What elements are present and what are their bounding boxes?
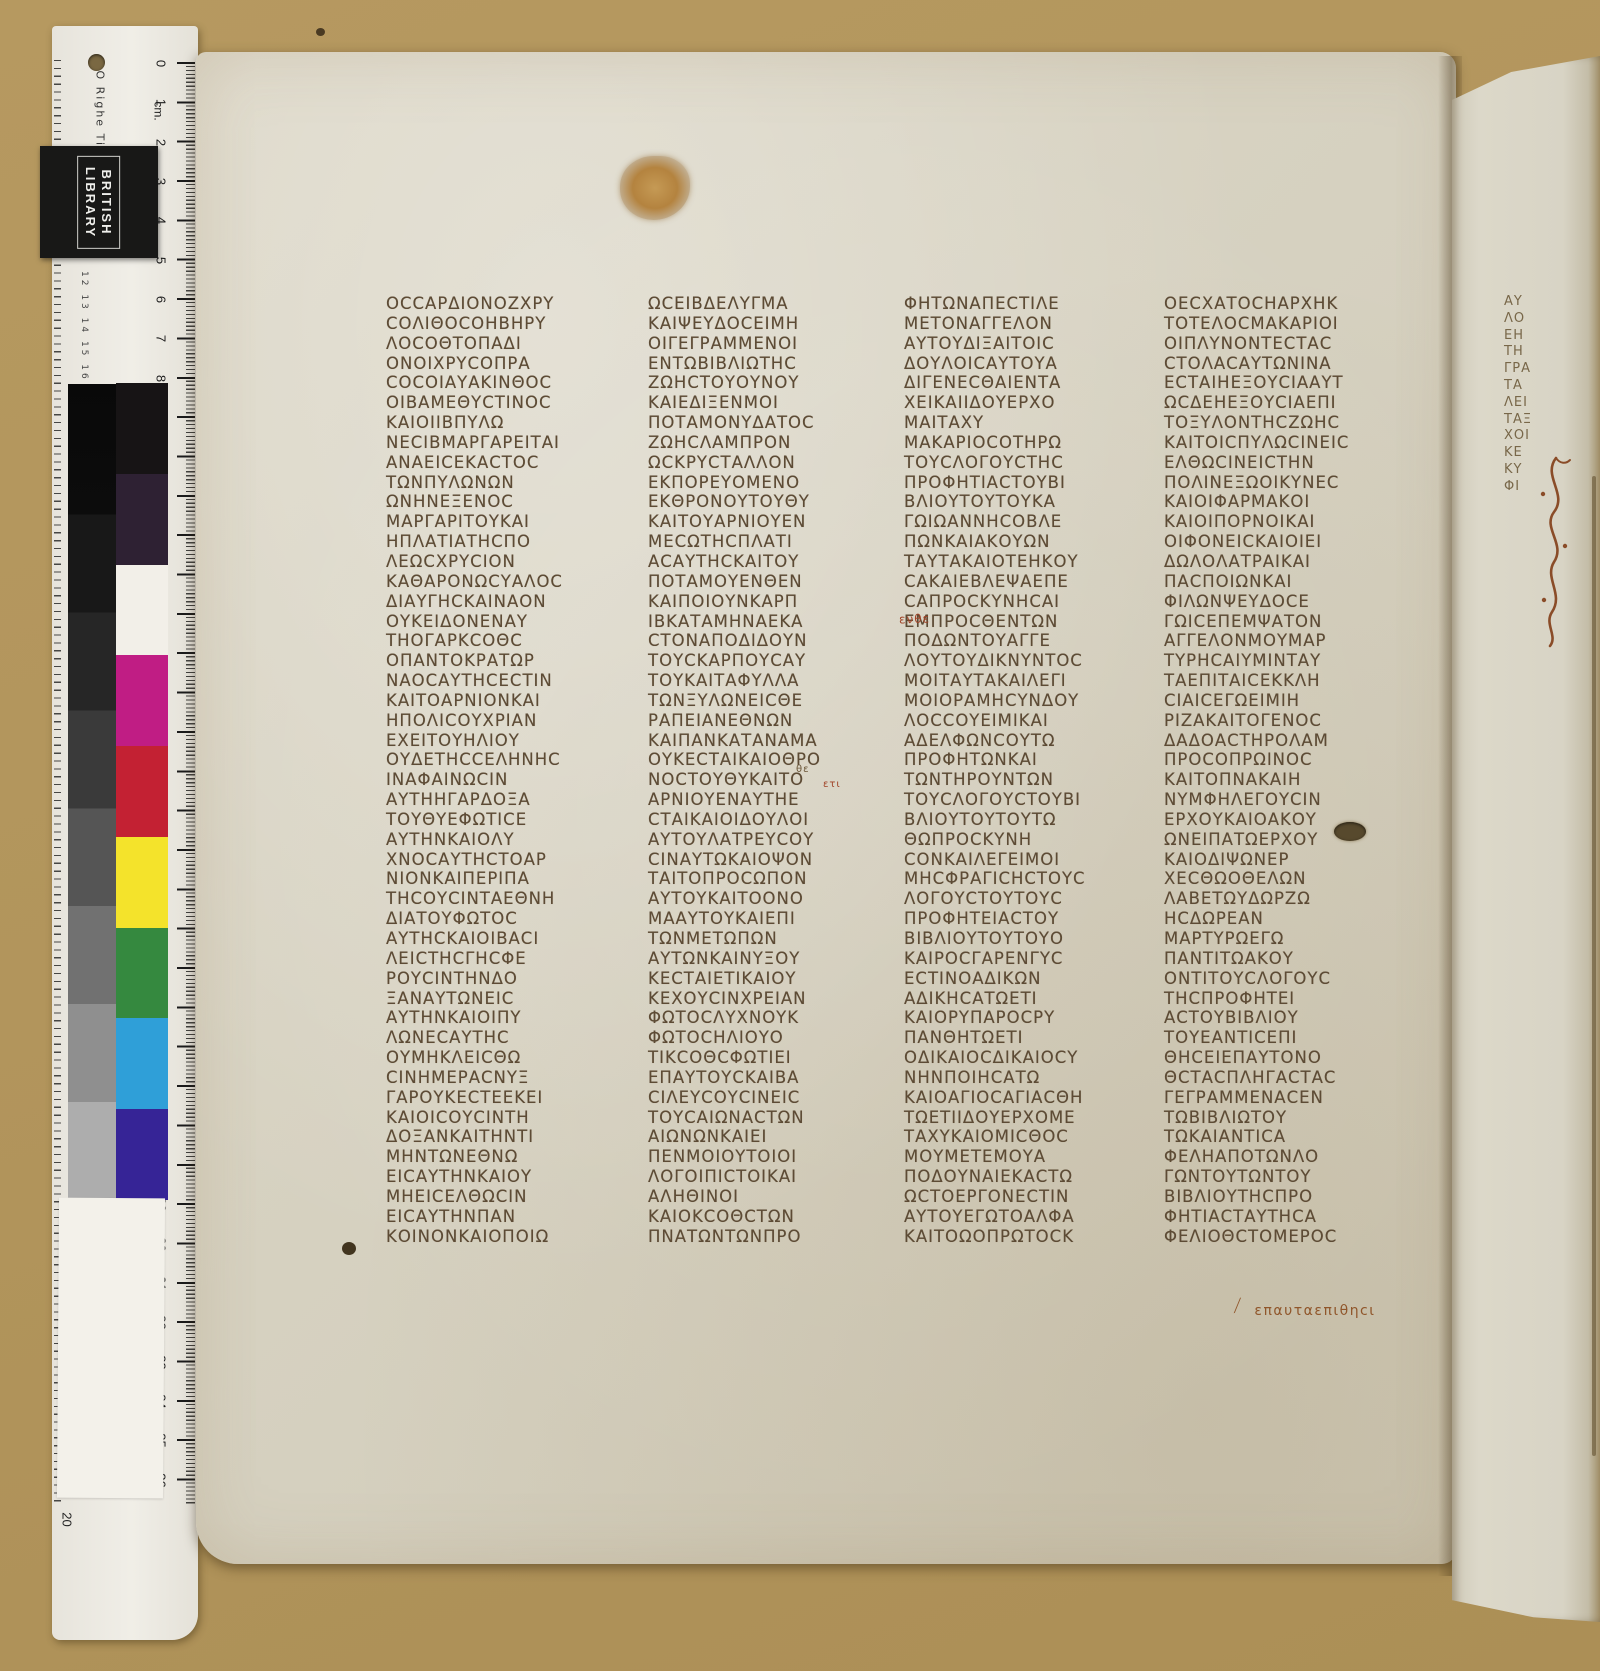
ink-blot — [342, 1242, 356, 1255]
interlinear-correction-eti: ετι — [823, 779, 841, 790]
leaf-partial-line: ΤΗ — [1504, 344, 1532, 361]
british-library-label: BRITISH LIBRARY — [77, 155, 120, 248]
leaf-partial-line: ΤΑ — [1504, 378, 1532, 395]
leaf-partial-line: ΑΥ — [1504, 294, 1532, 311]
cm-number: 6 — [154, 290, 169, 310]
text-column-3: ΦΗΤΩΝΑΠΕCΤΙΛΕ ΜΕΤΟΝΑΓΓΕΛΟΝ ΑΥΤΟΥΔΙΞΑΙΤΟΙ… — [904, 294, 1086, 1247]
color-patches — [116, 383, 168, 1200]
leaf-partial-line: ΓΡΑ — [1504, 361, 1532, 378]
interlinear-correction-the: θε — [796, 764, 810, 775]
margin-correction-gloss: ενθε — [899, 611, 931, 626]
ruler-side-numbers: 12 13 14 15 16 — [79, 271, 89, 391]
ruler-hang-hole — [88, 54, 105, 71]
coronis-ornament — [1536, 454, 1572, 650]
leaf-partial-line: ΧΟΙ — [1504, 428, 1532, 445]
next-folio-edge: ΑΥΛΟΕΗΤΗΓΡΑΤΑΛΕΙΤΑΞΧΟΙΚΕΚΥΦΙ — [1452, 56, 1600, 1622]
grayscale-strip — [68, 384, 116, 1200]
patch-magenta — [116, 655, 168, 746]
patch-white — [116, 565, 168, 656]
leaf-partial-line: ΛΟ — [1504, 311, 1532, 328]
leaf-partial-line: ΛΕΙ — [1504, 395, 1532, 412]
corrector-footer-note: ⟋επαυταεπιθηcι — [1233, 1300, 1376, 1320]
leaf-partial-line: ΦΙ — [1504, 479, 1532, 496]
patch-cyan-blue — [116, 1018, 168, 1109]
insertion-mark: ⟋ — [1229, 1295, 1248, 1318]
patch-yellow — [116, 837, 168, 928]
leaf-partial-line: ΚΥ — [1504, 462, 1532, 479]
next-leaf-text: ΑΥΛΟΕΗΤΗΓΡΑΤΑΛΕΙΤΑΞΧΟΙΚΕΚΥΦΙ — [1504, 294, 1532, 496]
british-library-tab: BRITISH LIBRARY — [40, 146, 158, 258]
patch-dark-violet — [116, 474, 168, 565]
white-card — [57, 1198, 165, 1499]
patch-green — [116, 928, 168, 1019]
leaf-partial-line: ΕΗ — [1504, 328, 1532, 345]
cm-number: 1 — [154, 93, 169, 113]
dust-speck — [316, 28, 325, 36]
leaf-edge-line — [1592, 476, 1596, 1456]
patch-red — [116, 746, 168, 837]
photo-backdrop: O Righe Tip 1 2 3 4 12 13 14 15 16 cm. 0… — [0, 0, 1600, 1671]
text-column-1: ΟCCΑΡΔΙΟΝΟΖΧΡΥ CΟΛΙΘΟCΟΗΒΗΡΥ ΛΟCΟΘΤΟΠΑΔΙ… — [386, 294, 563, 1247]
manuscript-page: ΟCCΑΡΔΙΟΝΟΖΧΡΥ CΟΛΙΘΟCΟΗΒΗΡΥ ΛΟCΟΘΤΟΠΑΔΙ… — [196, 52, 1456, 1564]
leaf-partial-line: ΤΑΞ — [1504, 412, 1532, 429]
ruler-bottom-number: 20 — [60, 1512, 75, 1526]
cm-number: 7 — [154, 329, 169, 349]
patch-indigo — [116, 1109, 168, 1200]
leaf-partial-line: ΚΕ — [1504, 445, 1532, 462]
text-column-4: ΟΕCΧΑΤΟCΗΑΡΧΗΚ ΤΟΤΕΛΟCΜΑΚΑΡΙΟΙ ΟΙΠΛΥΝΟΝΤ… — [1164, 294, 1349, 1247]
patch-black — [116, 383, 168, 474]
ruler: O Righe Tip 1 2 3 4 12 13 14 15 16 cm. 0… — [52, 26, 198, 1640]
parchment-stain — [620, 156, 690, 220]
cm-number: 0 — [154, 54, 169, 74]
text-column-2: ΩCΕΙΒΔΕΛΥΓΜΑ ΚΑΙΨΕΥΔΟCΕΙΜΗ ΟΙΓΕΓΡΑΜΜΕΝΟΙ… — [648, 294, 821, 1247]
